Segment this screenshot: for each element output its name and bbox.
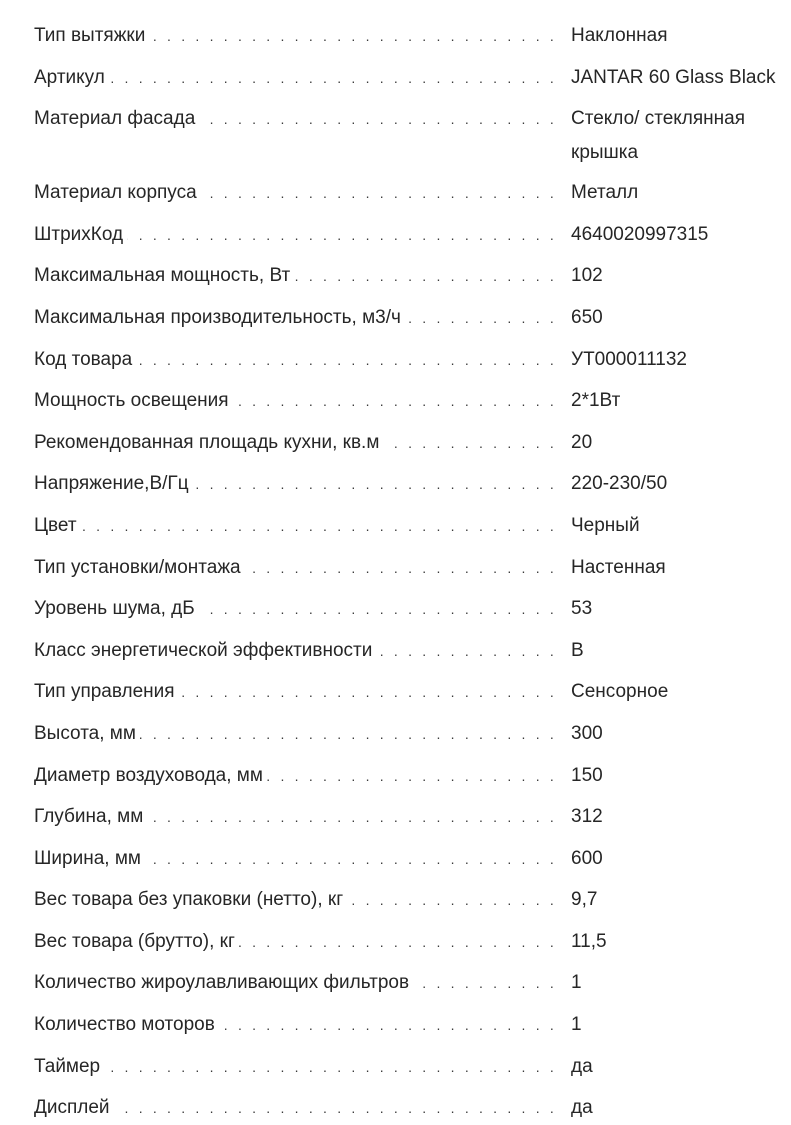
spec-value: 150 <box>557 759 781 793</box>
spec-label-container: Код товара . . . . . . . . . . . . . . .… <box>34 343 557 377</box>
spec-label-container: Максимальная мощность, Вт . . . . . . . … <box>34 259 557 293</box>
spec-label-container: Материал фасада . . . . . . . . . . . . … <box>34 102 557 136</box>
spec-value: 9,7 <box>557 883 781 917</box>
spec-label: Напряжение,В/Гц <box>34 467 193 501</box>
dot-leader: . . . . . . . . . . . . . . . . . . . . … <box>114 1091 557 1125</box>
spec-label: Максимальная производительность, м3/ч <box>34 301 405 335</box>
spec-label-container: Напряжение,В/Гц . . . . . . . . . . . . … <box>34 467 557 501</box>
spec-row: Код товара . . . . . . . . . . . . . . .… <box>34 343 791 385</box>
spec-label-container: Уровень шума, дБ . . . . . . . . . . . .… <box>34 592 557 626</box>
spec-row: ШтрихКод . . . . . . . . . . . . . . . .… <box>34 218 791 260</box>
dot-leader: . . . . . . . . . . . . . . . . . . . . … <box>201 176 557 210</box>
spec-label: Рекомендованная площадь кухни, кв.м <box>34 426 383 460</box>
spec-label-container: Высота, мм . . . . . . . . . . . . . . .… <box>34 717 557 751</box>
spec-label: Высота, мм <box>34 717 140 751</box>
spec-value: 102 <box>557 259 781 293</box>
spec-label-container: Дисплей . . . . . . . . . . . . . . . . … <box>34 1091 557 1125</box>
spec-label-container: Вес товара без упаковки (нетто), кг . . … <box>34 883 557 917</box>
dot-leader: . . . . . . . . . . . . . . . . . . . . … <box>383 426 557 460</box>
spec-label-container: Цвет . . . . . . . . . . . . . . . . . .… <box>34 509 557 543</box>
spec-label-container: Мощность освещения . . . . . . . . . . .… <box>34 384 557 418</box>
spec-value: 1 <box>557 966 781 1000</box>
spec-row: Материал корпуса . . . . . . . . . . . .… <box>34 176 791 218</box>
spec-label: Тип установки/монтажа <box>34 551 245 585</box>
spec-row: Материал фасада . . . . . . . . . . . . … <box>34 102 791 176</box>
dot-leader: . . . . . . . . . . . . . . . . . . . . … <box>233 384 557 418</box>
spec-row: Мощность освещения . . . . . . . . . . .… <box>34 384 791 426</box>
spec-row: Вес товара без упаковки (нетто), кг . . … <box>34 883 791 925</box>
spec-value: Настенная <box>557 551 781 585</box>
dot-leader: . . . . . . . . . . . . . . . . . . . . … <box>147 800 557 834</box>
spec-label: Мощность освещения <box>34 384 233 418</box>
cut-off-heading <box>0 0 791 2</box>
spec-row: Таймер . . . . . . . . . . . . . . . . .… <box>34 1050 791 1092</box>
spec-value: B <box>557 634 781 668</box>
spec-value: Черный <box>557 509 781 543</box>
spec-label: Таймер <box>34 1050 104 1084</box>
spec-value: Стекло/ стеклянная крышка <box>557 102 781 170</box>
spec-value: 650 <box>557 301 781 335</box>
spec-row: Тип установки/монтажа . . . . . . . . . … <box>34 551 791 593</box>
dot-leader: . . . . . . . . . . . . . . . . . . . . … <box>347 883 557 917</box>
dot-leader: . . . . . . . . . . . . . . . . . . . . … <box>109 61 557 95</box>
spec-value: 1 <box>557 1008 781 1042</box>
dot-leader: . . . . . . . . . . . . . . . . . . . . … <box>127 218 557 252</box>
spec-value: Сенсорное <box>557 675 781 709</box>
spec-row: Вес товара (брутто), кг . . . . . . . . … <box>34 925 791 967</box>
spec-label: Количество моторов <box>34 1008 219 1042</box>
spec-value: 600 <box>557 842 781 876</box>
spec-label-container: Материал корпуса . . . . . . . . . . . .… <box>34 176 557 210</box>
spec-value: 2*1Вт <box>557 384 781 418</box>
spec-row: Количество жироулавливающих фильтров . .… <box>34 966 791 1008</box>
dot-leader: . . . . . . . . . . . . . . . . . . . . … <box>145 842 557 876</box>
spec-label-container: Тип управления . . . . . . . . . . . . .… <box>34 675 557 709</box>
spec-value: Металл <box>557 176 781 210</box>
spec-label-container: Глубина, мм . . . . . . . . . . . . . . … <box>34 800 557 834</box>
spec-label-container: Тип установки/монтажа . . . . . . . . . … <box>34 551 557 585</box>
dot-leader: . . . . . . . . . . . . . . . . . . . . … <box>219 1008 557 1042</box>
dot-leader: . . . . . . . . . . . . . . . . . . . . … <box>413 966 557 1000</box>
spec-label-container: Таймер . . . . . . . . . . . . . . . . .… <box>34 1050 557 1084</box>
dot-leader: . . . . . . . . . . . . . . . . . . . . … <box>193 467 557 501</box>
spec-value: да <box>557 1091 781 1125</box>
spec-label-container: Количество жироулавливающих фильтров . .… <box>34 966 557 1000</box>
spec-label: Тип вытяжки <box>34 19 149 53</box>
dot-leader: . . . . . . . . . . . . . . . . . . . . … <box>405 301 557 335</box>
dot-leader: . . . . . . . . . . . . . . . . . . . . … <box>294 259 557 293</box>
spec-row: Артикул . . . . . . . . . . . . . . . . … <box>34 61 791 103</box>
spec-label: Класс энергетической эффективности <box>34 634 376 668</box>
spec-row: Цвет . . . . . . . . . . . . . . . . . .… <box>34 509 791 551</box>
spec-row: Глубина, мм . . . . . . . . . . . . . . … <box>34 800 791 842</box>
dot-leader: . . . . . . . . . . . . . . . . . . . . … <box>376 634 557 668</box>
spec-row: Напряжение,В/Гц . . . . . . . . . . . . … <box>34 467 791 509</box>
spec-row: Уровень шума, дБ . . . . . . . . . . . .… <box>34 592 791 634</box>
spec-row: Ширина, мм . . . . . . . . . . . . . . .… <box>34 842 791 884</box>
spec-row: Количество моторов . . . . . . . . . . .… <box>34 1008 791 1050</box>
spec-value: 4640020997315 <box>557 218 781 252</box>
spec-label: Дисплей <box>34 1091 114 1125</box>
spec-row: Дисплей . . . . . . . . . . . . . . . . … <box>34 1091 791 1125</box>
spec-label: Тип управления <box>34 675 179 709</box>
spec-label: Код товара <box>34 343 136 377</box>
dot-leader: . . . . . . . . . . . . . . . . . . . . … <box>104 1050 557 1084</box>
spec-value: да <box>557 1050 781 1084</box>
spec-row: Максимальная мощность, Вт . . . . . . . … <box>34 259 791 301</box>
spec-label: Глубина, мм <box>34 800 147 834</box>
spec-label: Цвет <box>34 509 81 543</box>
spec-value: 312 <box>557 800 781 834</box>
spec-label-container: Тип вытяжки . . . . . . . . . . . . . . … <box>34 19 557 53</box>
spec-label-container: Артикул . . . . . . . . . . . . . . . . … <box>34 61 557 95</box>
spec-label: Диаметр воздуховода, мм <box>34 759 267 793</box>
dot-leader: . . . . . . . . . . . . . . . . . . . . … <box>245 551 557 585</box>
spec-label-container: Максимальная производительность, м3/ч . … <box>34 301 557 335</box>
spec-value: 300 <box>557 717 781 751</box>
spec-label: Вес товара (брутто), кг <box>34 925 239 959</box>
spec-label: Количество жироулавливающих фильтров <box>34 966 413 1000</box>
spec-value: 20 <box>557 426 781 460</box>
spec-label-container: Рекомендованная площадь кухни, кв.м . . … <box>34 426 557 460</box>
spec-row: Диаметр воздуховода, мм . . . . . . . . … <box>34 759 791 801</box>
spec-label: Материал фасада <box>34 102 199 136</box>
spec-label: Ширина, мм <box>34 842 145 876</box>
dot-leader: . . . . . . . . . . . . . . . . . . . . … <box>199 102 557 136</box>
dot-leader: . . . . . . . . . . . . . . . . . . . . … <box>140 717 557 751</box>
dot-leader: . . . . . . . . . . . . . . . . . . . . … <box>179 675 557 709</box>
spec-row: Класс энергетической эффективности . . .… <box>34 634 791 676</box>
dot-leader: . . . . . . . . . . . . . . . . . . . . … <box>136 343 557 377</box>
dot-leader: . . . . . . . . . . . . . . . . . . . . … <box>81 509 557 543</box>
spec-row: Тип вытяжки . . . . . . . . . . . . . . … <box>34 19 791 61</box>
spec-label-container: Ширина, мм . . . . . . . . . . . . . . .… <box>34 842 557 876</box>
spec-label-container: Диаметр воздуховода, мм . . . . . . . . … <box>34 759 557 793</box>
spec-label-container: Количество моторов . . . . . . . . . . .… <box>34 1008 557 1042</box>
spec-value: 11,5 <box>557 925 781 959</box>
spec-label-container: Вес товара (брутто), кг . . . . . . . . … <box>34 925 557 959</box>
spec-row: Максимальная производительность, м3/ч . … <box>34 301 791 343</box>
spec-label: Вес товара без упаковки (нетто), кг <box>34 883 347 917</box>
spec-value: 220-230/50 <box>557 467 781 501</box>
spec-label: Уровень шума, дБ <box>34 592 199 626</box>
spec-value: Наклонная <box>557 19 781 53</box>
spec-row: Тип управления . . . . . . . . . . . . .… <box>34 675 791 717</box>
spec-value: 53 <box>557 592 781 626</box>
dot-leader: . . . . . . . . . . . . . . . . . . . . … <box>267 759 557 793</box>
dot-leader: . . . . . . . . . . . . . . . . . . . . … <box>149 19 557 53</box>
specifications-list: Тип вытяжки . . . . . . . . . . . . . . … <box>34 19 791 1125</box>
spec-value: JANTAR 60 Glass Black <box>557 61 781 95</box>
spec-label: Материал корпуса <box>34 176 201 210</box>
spec-row: Рекомендованная площадь кухни, кв.м . . … <box>34 426 791 468</box>
spec-label-container: Класс энергетической эффективности . . .… <box>34 634 557 668</box>
spec-label: Максимальная мощность, Вт <box>34 259 294 293</box>
spec-row: Высота, мм . . . . . . . . . . . . . . .… <box>34 717 791 759</box>
spec-label-container: ШтрихКод . . . . . . . . . . . . . . . .… <box>34 218 557 252</box>
spec-label: ШтрихКод <box>34 218 127 252</box>
spec-value: УТ000011132 <box>557 343 781 377</box>
spec-label: Артикул <box>34 61 109 95</box>
dot-leader: . . . . . . . . . . . . . . . . . . . . … <box>239 925 557 959</box>
dot-leader: . . . . . . . . . . . . . . . . . . . . … <box>199 592 557 626</box>
